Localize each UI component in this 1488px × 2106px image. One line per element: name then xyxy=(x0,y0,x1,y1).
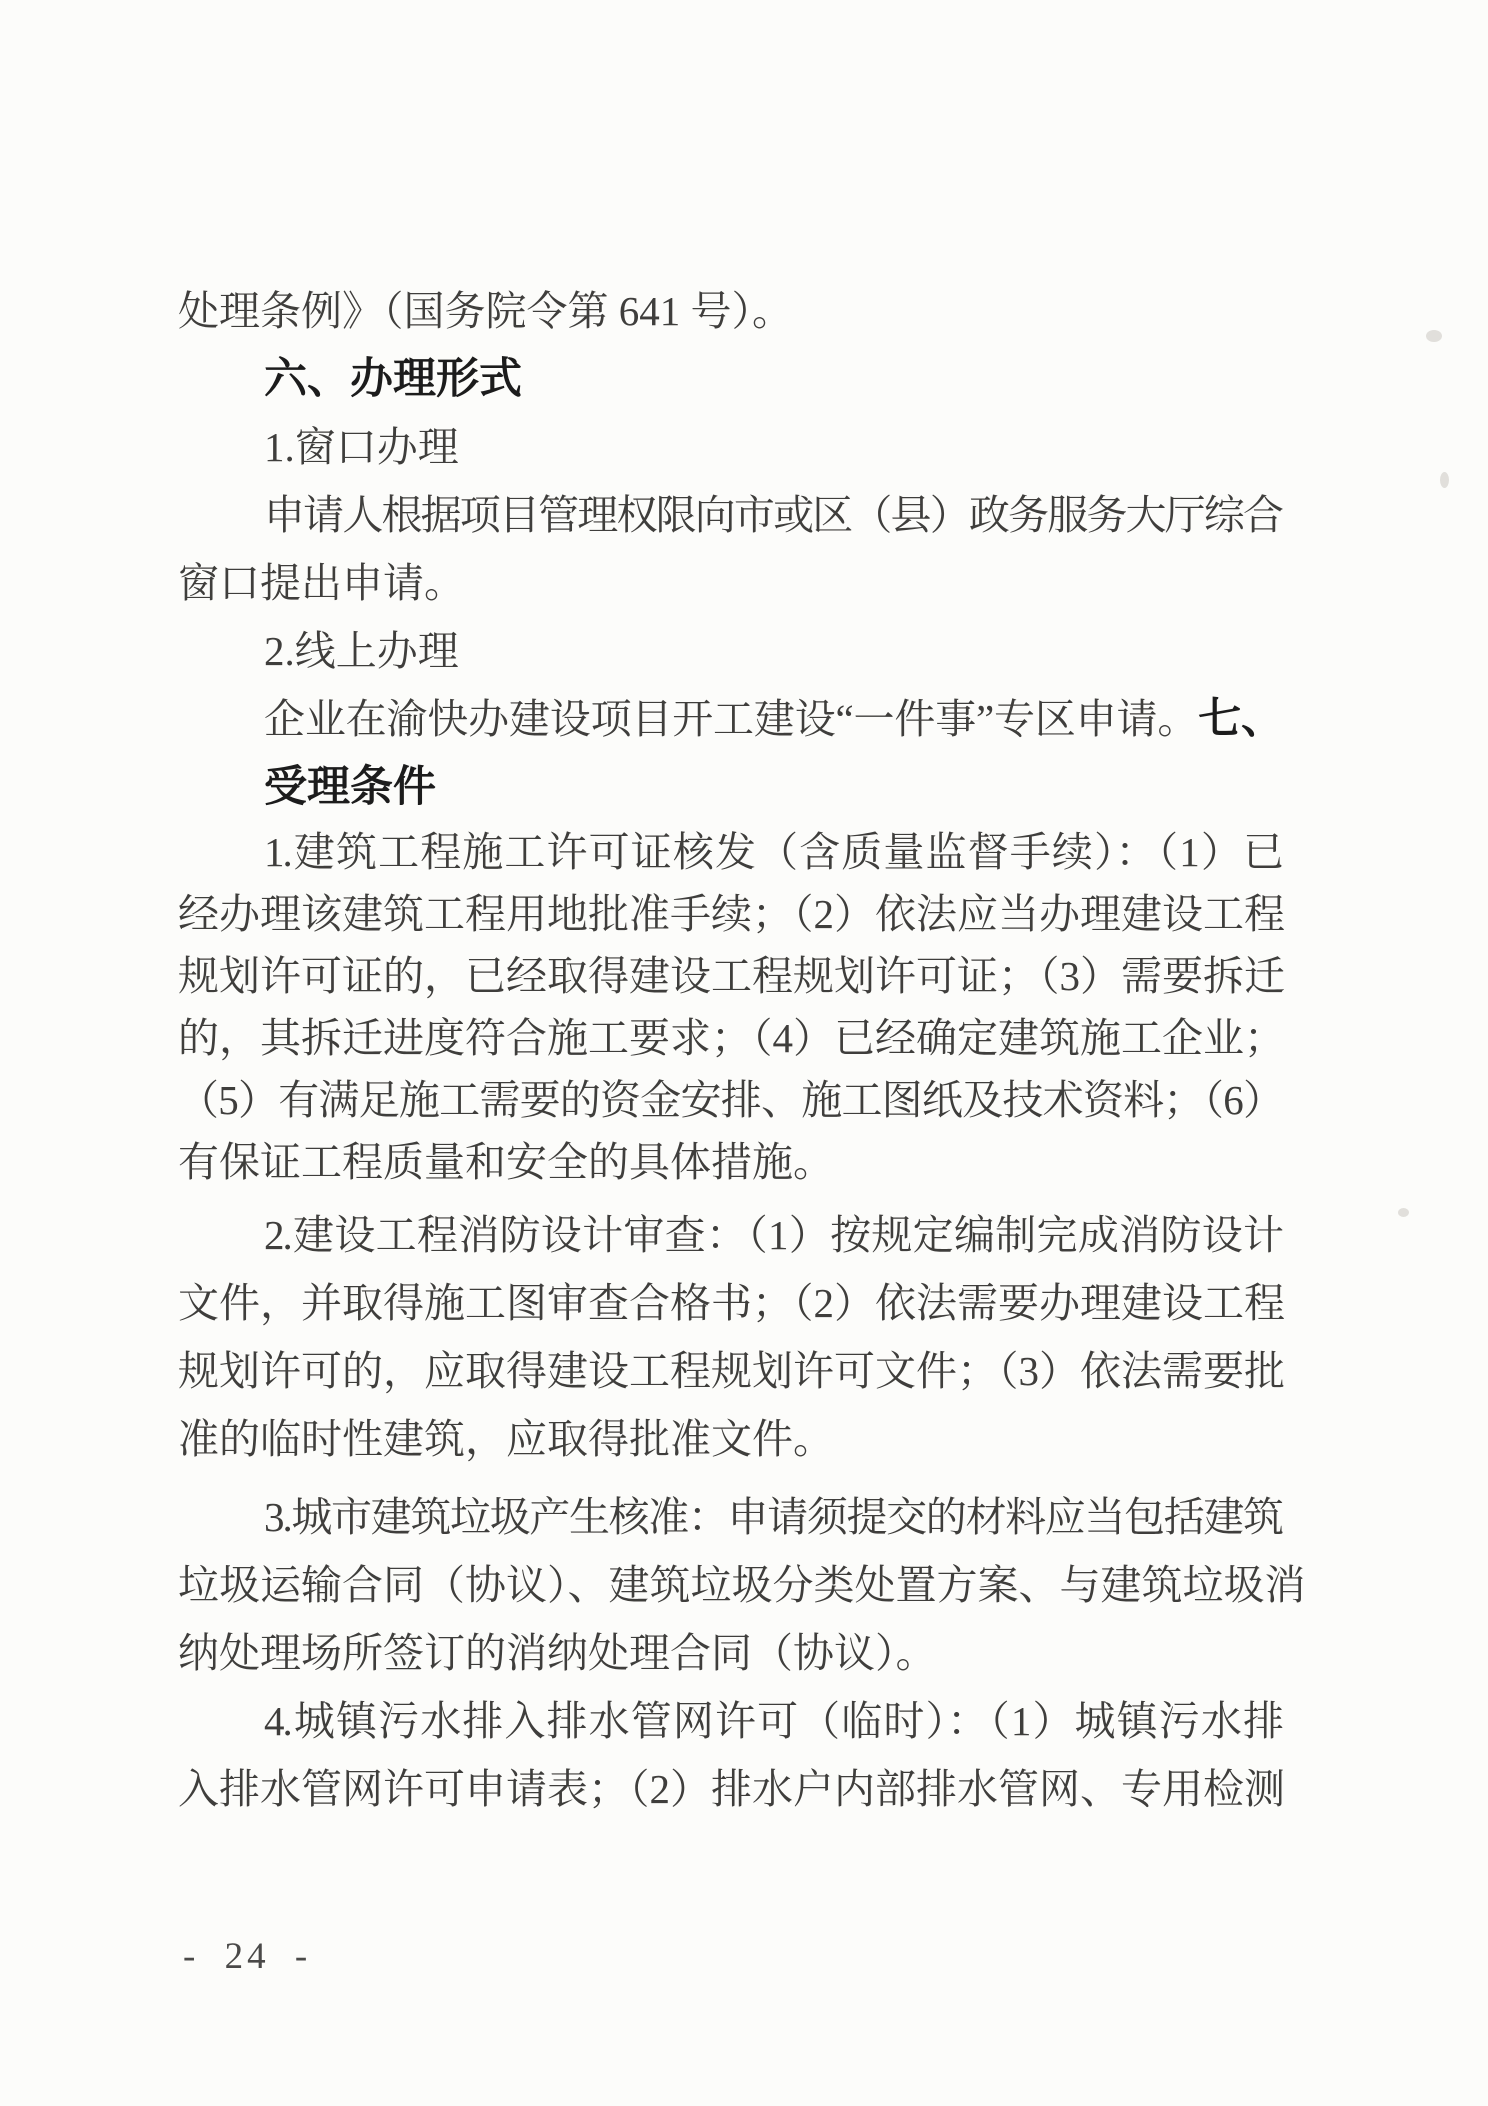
page-number: - 24 - xyxy=(183,1935,311,1978)
line-condition-1-permit-c: 规划许可证的，已经取得建设工程规划许可证；（3）需要拆迁 xyxy=(178,945,1282,1007)
line-condition-1-permit-f: 有保证工程质量和安全的具体措施。 xyxy=(178,1131,1282,1193)
heading-section-6-handling-forms: 六、办理形式 xyxy=(178,345,1282,413)
scan-speck xyxy=(1398,1208,1409,1217)
scan-speck xyxy=(1440,472,1449,488)
line-condition-1-permit-d: 的，其拆迁进度符合施工要求；（4）已经确定建筑施工企业； xyxy=(178,1007,1282,1069)
line-condition-1-permit-e: （5）有满足施工需要的资金安排、施工图纸及技术资料；（6） xyxy=(178,1069,1282,1131)
line-condition-1-permit-b: 经办理该建筑工程用地批准手续；（2）依法应当办理建设工程 xyxy=(178,883,1282,945)
heading-acceptance-conditions: 受理条件 xyxy=(178,753,1282,821)
line-condition-4-drainage-permit-a: 4.城镇污水排入排水管网许可（临时）：（1）城镇污水排 xyxy=(178,1687,1282,1755)
line-condition-1-permit-a: 1.建筑工程施工许可证核发（含质量监督手续）：（1）已 xyxy=(178,821,1282,883)
line-condition-3-waste-approval-b: 垃圾运输合同（协议）、建筑垃圾分类处置方案、与建筑垃圾消 xyxy=(178,1551,1282,1619)
line-condition-2-fire-review-a: 2.建设工程消防设计审查：（1）按规定编制完成消防设计 xyxy=(178,1201,1282,1269)
scanned-document-page: 处理条例》（国务院令第 641 号）。 六、办理形式 1.窗口办理 申请人根据项… xyxy=(0,0,1488,2106)
heading-section-7-inline-label: 七、 xyxy=(1198,695,1282,743)
line-condition-2-fire-review-d: 准的临时性建筑，应取得批准文件。 xyxy=(178,1405,1282,1473)
line-condition-2-fire-review-c: 规划许可的，应取得建设工程规划许可文件；（3）依法需要批 xyxy=(178,1337,1282,1405)
line-condition-2-fire-review-b: 文件，并取得施工图审查合格书；（2）依法需要办理建设工程 xyxy=(178,1269,1282,1337)
line-window-application-start: 申请人根据项目管理权限向市或区（县）政务服务大厅综合 xyxy=(178,481,1282,549)
document-text-block: 处理条例》（国务院令第 641 号）。 六、办理形式 1.窗口办理 申请人根据项… xyxy=(178,277,1282,1823)
line-online-handling-subheading: 2.线上办理 xyxy=(178,617,1282,685)
line-condition-3-waste-approval-a: 3.城市建筑垃圾产生核准：申请须提交的材料应当包括建筑 xyxy=(178,1483,1282,1551)
scan-speck xyxy=(1426,330,1442,342)
line-window-handling-subheading: 1.窗口办理 xyxy=(178,413,1282,481)
line-online-application: 企业在渝快办建设项目开工建设“一件事”专区申请。七、 xyxy=(178,685,1282,753)
body-line-regulation-ref: 处理条例》（国务院令第 641 号）。 xyxy=(178,277,1282,345)
line-window-application-end: 窗口提出申请。 xyxy=(178,549,1282,617)
line-condition-3-waste-approval-c: 纳处理场所签订的消纳处理合同（协议）。 xyxy=(178,1619,1282,1687)
line-condition-4-drainage-permit-b: 入排水管网许可申请表；（2）排水户内部排水管网、专用检测 xyxy=(178,1755,1282,1823)
line-online-application-text: 企业在渝快办建设项目开工建设“一件事”专区申请。 xyxy=(264,696,1198,742)
